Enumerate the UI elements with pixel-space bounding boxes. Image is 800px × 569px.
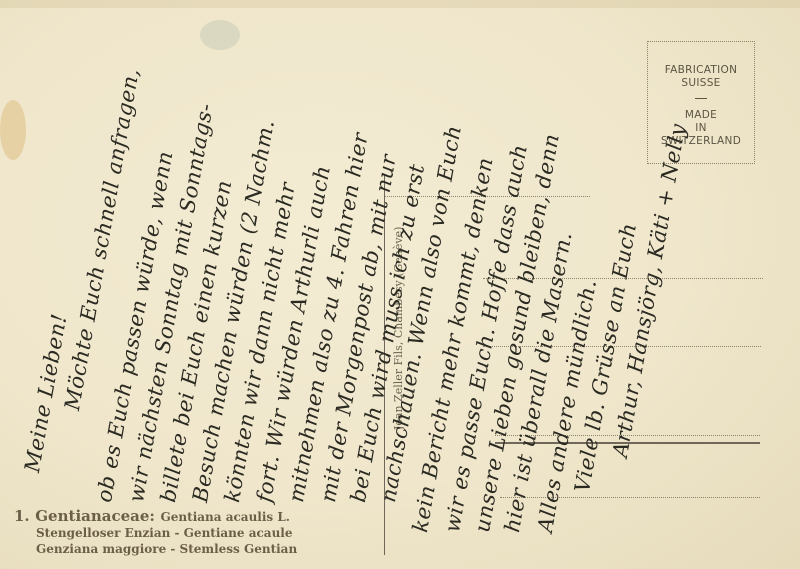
postcard-back: FABRICATION SUISSE MADE IN SWITZERLAND J… [0,0,800,569]
caption-species: Gentiana acaulis L. [161,510,290,524]
stamp-text-suisse: SUISSE [648,77,754,90]
caption-line-3: Genziana maggiore - Stemless Gentian [14,541,297,557]
age-stain [0,100,26,160]
age-stain [200,20,240,50]
age-stain [0,0,800,8]
stamp-text-fabrication: FABRICATION [648,64,754,77]
stamp-text-made: MADE [648,109,754,122]
stamp-divider [695,98,707,99]
caption-line-2: Stengelloser Enzian - Gentiane acaule [14,525,297,541]
caption-family: Gentianaceae: [35,507,155,525]
botanical-caption: 1. Gentianaceae: Gentiana acaulis L. Ste… [14,508,297,557]
caption-number: 1. [14,507,30,525]
